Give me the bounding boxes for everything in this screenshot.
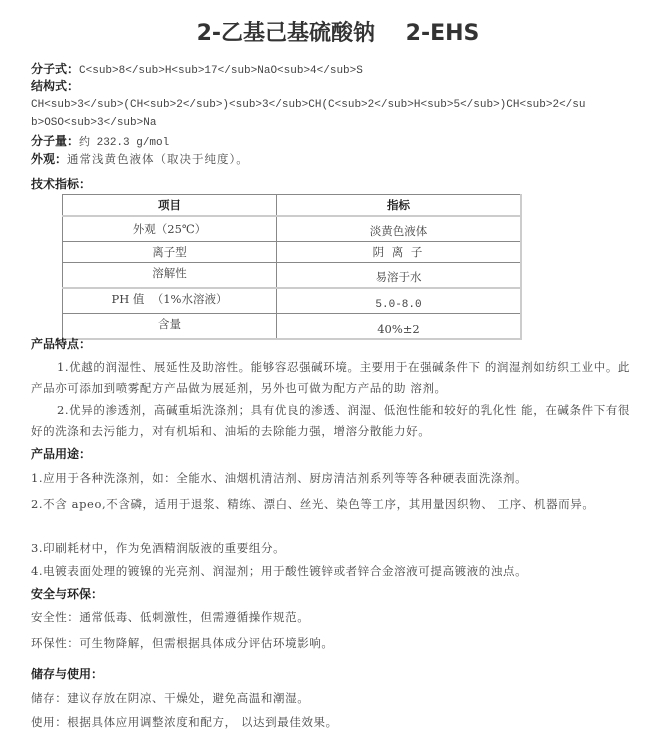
storage-item-1: 储存：建议存放在阴凉、干燥处，避免高温和潮湿。 bbox=[31, 688, 633, 709]
cell-item: PH 值 （1%水溶液） bbox=[63, 288, 277, 314]
formula-label: 分子式： bbox=[31, 62, 79, 76]
structure-value-line1: CH<sub>3</sub>(CH<sub>2</sub>)<sub>3</su… bbox=[31, 97, 586, 113]
cell-item: 外观（25℃） bbox=[63, 216, 277, 242]
features-heading: 产品特点： bbox=[31, 337, 91, 351]
table-row: 外观（25℃） 淡黄色液体 bbox=[63, 216, 522, 242]
table-row: PH 值 （1%水溶液） 5.0-8.0 bbox=[63, 288, 522, 314]
structure-value-line2: b>OSO<sub>3</sub>Na bbox=[31, 115, 156, 131]
cell-item: 离子型 bbox=[63, 242, 277, 263]
uses-heading: 产品用途： bbox=[31, 447, 91, 461]
use-item-2: 2.不含 apeo,不含磷，适用于退浆、精练、漂白、丝光、染色等工序，其用量因织… bbox=[31, 492, 633, 516]
feature-item-2: 2.优异的渗透剂，高碱重垢洗涤剂；具有优良的渗透、润湿、低泡性能和较好的乳化性 … bbox=[31, 400, 633, 442]
safety-heading-row: 安全与环保： bbox=[31, 586, 103, 602]
uses-heading-row: 产品用途： bbox=[31, 446, 91, 462]
storage-heading-row: 储存与使用： bbox=[31, 666, 103, 682]
storage-item-2: 使用：根据具体应用调整浓度和配方， 以达到最佳效果。 bbox=[31, 712, 633, 733]
table-row: 离子型 阴 离 子 bbox=[63, 242, 522, 263]
table-row: 含量 40%±2 bbox=[63, 314, 522, 340]
molecular-weight-row: 分子量：约 232.3 g/mol bbox=[31, 133, 169, 151]
column-header-item: 项目 bbox=[63, 195, 277, 217]
cell-item: 溶解性 bbox=[63, 263, 277, 289]
spec-heading: 技术指标： bbox=[31, 177, 91, 191]
formula-row: 分子式：C<sub>8</sub>H<sub>17</sub>NaO<sub>4… bbox=[31, 61, 363, 79]
cell-value: 40%±2 bbox=[277, 314, 522, 340]
cell-value: 阴 离 子 bbox=[277, 242, 522, 263]
page-title: 2-乙基己基硫酸钠 2-EHS bbox=[0, 16, 654, 47]
cell-value: 淡黄色液体 bbox=[277, 216, 522, 242]
spec-table: 项目 指标 外观（25℃） 淡黄色液体 离子型 阴 离 子 溶解性 易溶于水 P… bbox=[62, 194, 522, 340]
mw-label: 分子量： bbox=[31, 134, 79, 148]
column-header-value: 指标 bbox=[277, 195, 522, 217]
spec-heading-row: 技术指标： bbox=[31, 176, 91, 192]
feature-item-1: 1.优越的润湿性、展延性及助溶性。能够容忍强碱环境。主要用于在强碱条件下 的润湿… bbox=[31, 357, 633, 399]
appearance-value: 通常浅黄色液体（取决于纯度）。 bbox=[67, 152, 249, 166]
structure-row: 结构式： bbox=[31, 78, 79, 94]
product-datasheet: 2-乙基己基硫酸钠 2-EHS 分子式：C<sub>8</sub>H<sub>1… bbox=[0, 0, 654, 737]
cell-value: 易溶于水 bbox=[277, 263, 522, 289]
storage-heading: 储存与使用： bbox=[31, 667, 103, 681]
cell-value: 5.0-8.0 bbox=[277, 288, 522, 314]
safety-item-2: 环保性：可生物降解，但需根据具体成分评估环境影响。 bbox=[31, 633, 633, 654]
features-heading-row: 产品特点： bbox=[31, 336, 91, 352]
appearance-label: 外观： bbox=[31, 152, 67, 166]
formula-value: C<sub>8</sub>H<sub>17</sub>NaO<sub>4</su… bbox=[79, 65, 363, 77]
mw-value: 约 232.3 g/mol bbox=[79, 137, 169, 149]
use-item-1: 1.应用于各种洗涤剂，如：全能水、油烟机清洁剂、厨房清洁剂系列等等各种硬表面洗涤… bbox=[31, 468, 633, 489]
safety-heading: 安全与环保： bbox=[31, 587, 103, 601]
spec-table-header: 项目 指标 bbox=[63, 195, 522, 217]
use-item-4: 4.电镀表面处理的镀镍的光亮剂、润湿剂；用于酸性镀锌或者锌合金溶液可提高镀液的浊… bbox=[31, 561, 633, 582]
appearance-row: 外观：通常浅黄色液体（取决于纯度）。 bbox=[31, 151, 249, 167]
structure-label: 结构式： bbox=[31, 79, 79, 93]
safety-item-1: 安全性：通常低毒、低刺激性，但需遵循操作规范。 bbox=[31, 607, 633, 628]
cell-item: 含量 bbox=[63, 314, 277, 340]
use-item-3: 3.印刷耗材中，作为免酒精润版液的重要组分。 bbox=[31, 538, 633, 559]
table-row: 溶解性 易溶于水 bbox=[63, 263, 522, 289]
